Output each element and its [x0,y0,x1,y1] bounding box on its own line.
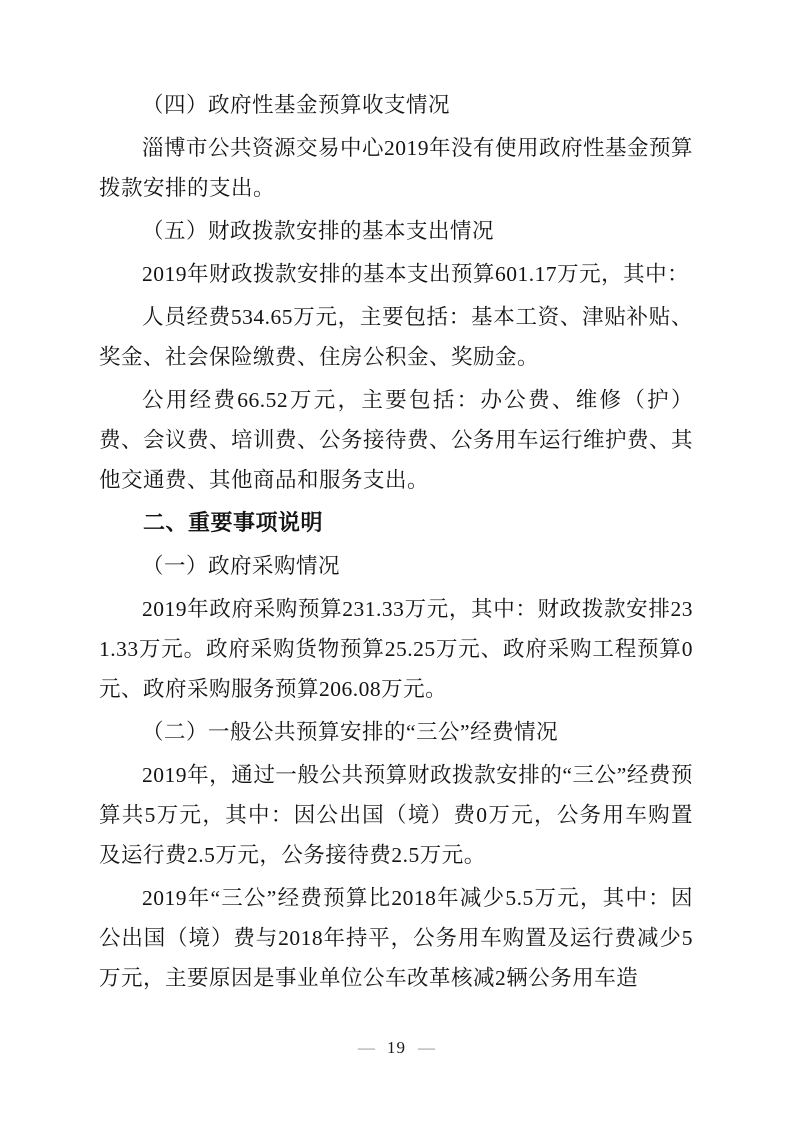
section-heading-2: （二）一般公共预算安排的“三公”经费情况 [99,712,693,752]
section-heading-1: （一）政府采购情况 [99,546,693,586]
body-paragraph: 2019年财政拨款安排的基本支出预算601.17万元，其中： [99,254,693,294]
footer-dash-left: — [358,1038,375,1057]
section-heading-5: （五）财政拨款安排的基本支出情况 [99,211,693,251]
footer-dash-right: — [418,1038,435,1057]
document-page: （四）政府性基金预算收支情况 淄博市公共资源交易中心2019年没有使用政府性基金… [0,0,793,1122]
major-heading-2: 二、重要事项说明 [99,503,693,543]
body-paragraph: 人员经费534.65万元，主要包括：基本工资、津贴补贴、奖金、社会保险缴费、住房… [99,297,693,377]
body-paragraph: 淄博市公共资源交易中心2019年没有使用政府性基金预算拨款安排的支出。 [99,128,693,208]
body-paragraph: 2019年“三公”经费预算比2018年减少5.5万元，其中：因公出国（境）费与2… [99,878,693,998]
body-paragraph: 2019年，通过一般公共预算财政拨款安排的“三公”经费预算共5万元，其中：因公出… [99,755,693,875]
page-footer: —19— [0,1036,793,1060]
section-heading-4: （四）政府性基金预算收支情况 [99,85,693,125]
body-paragraph: 公用经费66.52万元，主要包括：办公费、维修（护）费、会议费、培训费、公务接待… [99,380,693,500]
body-paragraph: 2019年政府采购预算231.33万元，其中：财政拨款安排231.33万元。政府… [99,589,693,709]
document-body: （四）政府性基金预算收支情况 淄博市公共资源交易中心2019年没有使用政府性基金… [99,85,693,1001]
page-number: 19 [387,1038,406,1057]
